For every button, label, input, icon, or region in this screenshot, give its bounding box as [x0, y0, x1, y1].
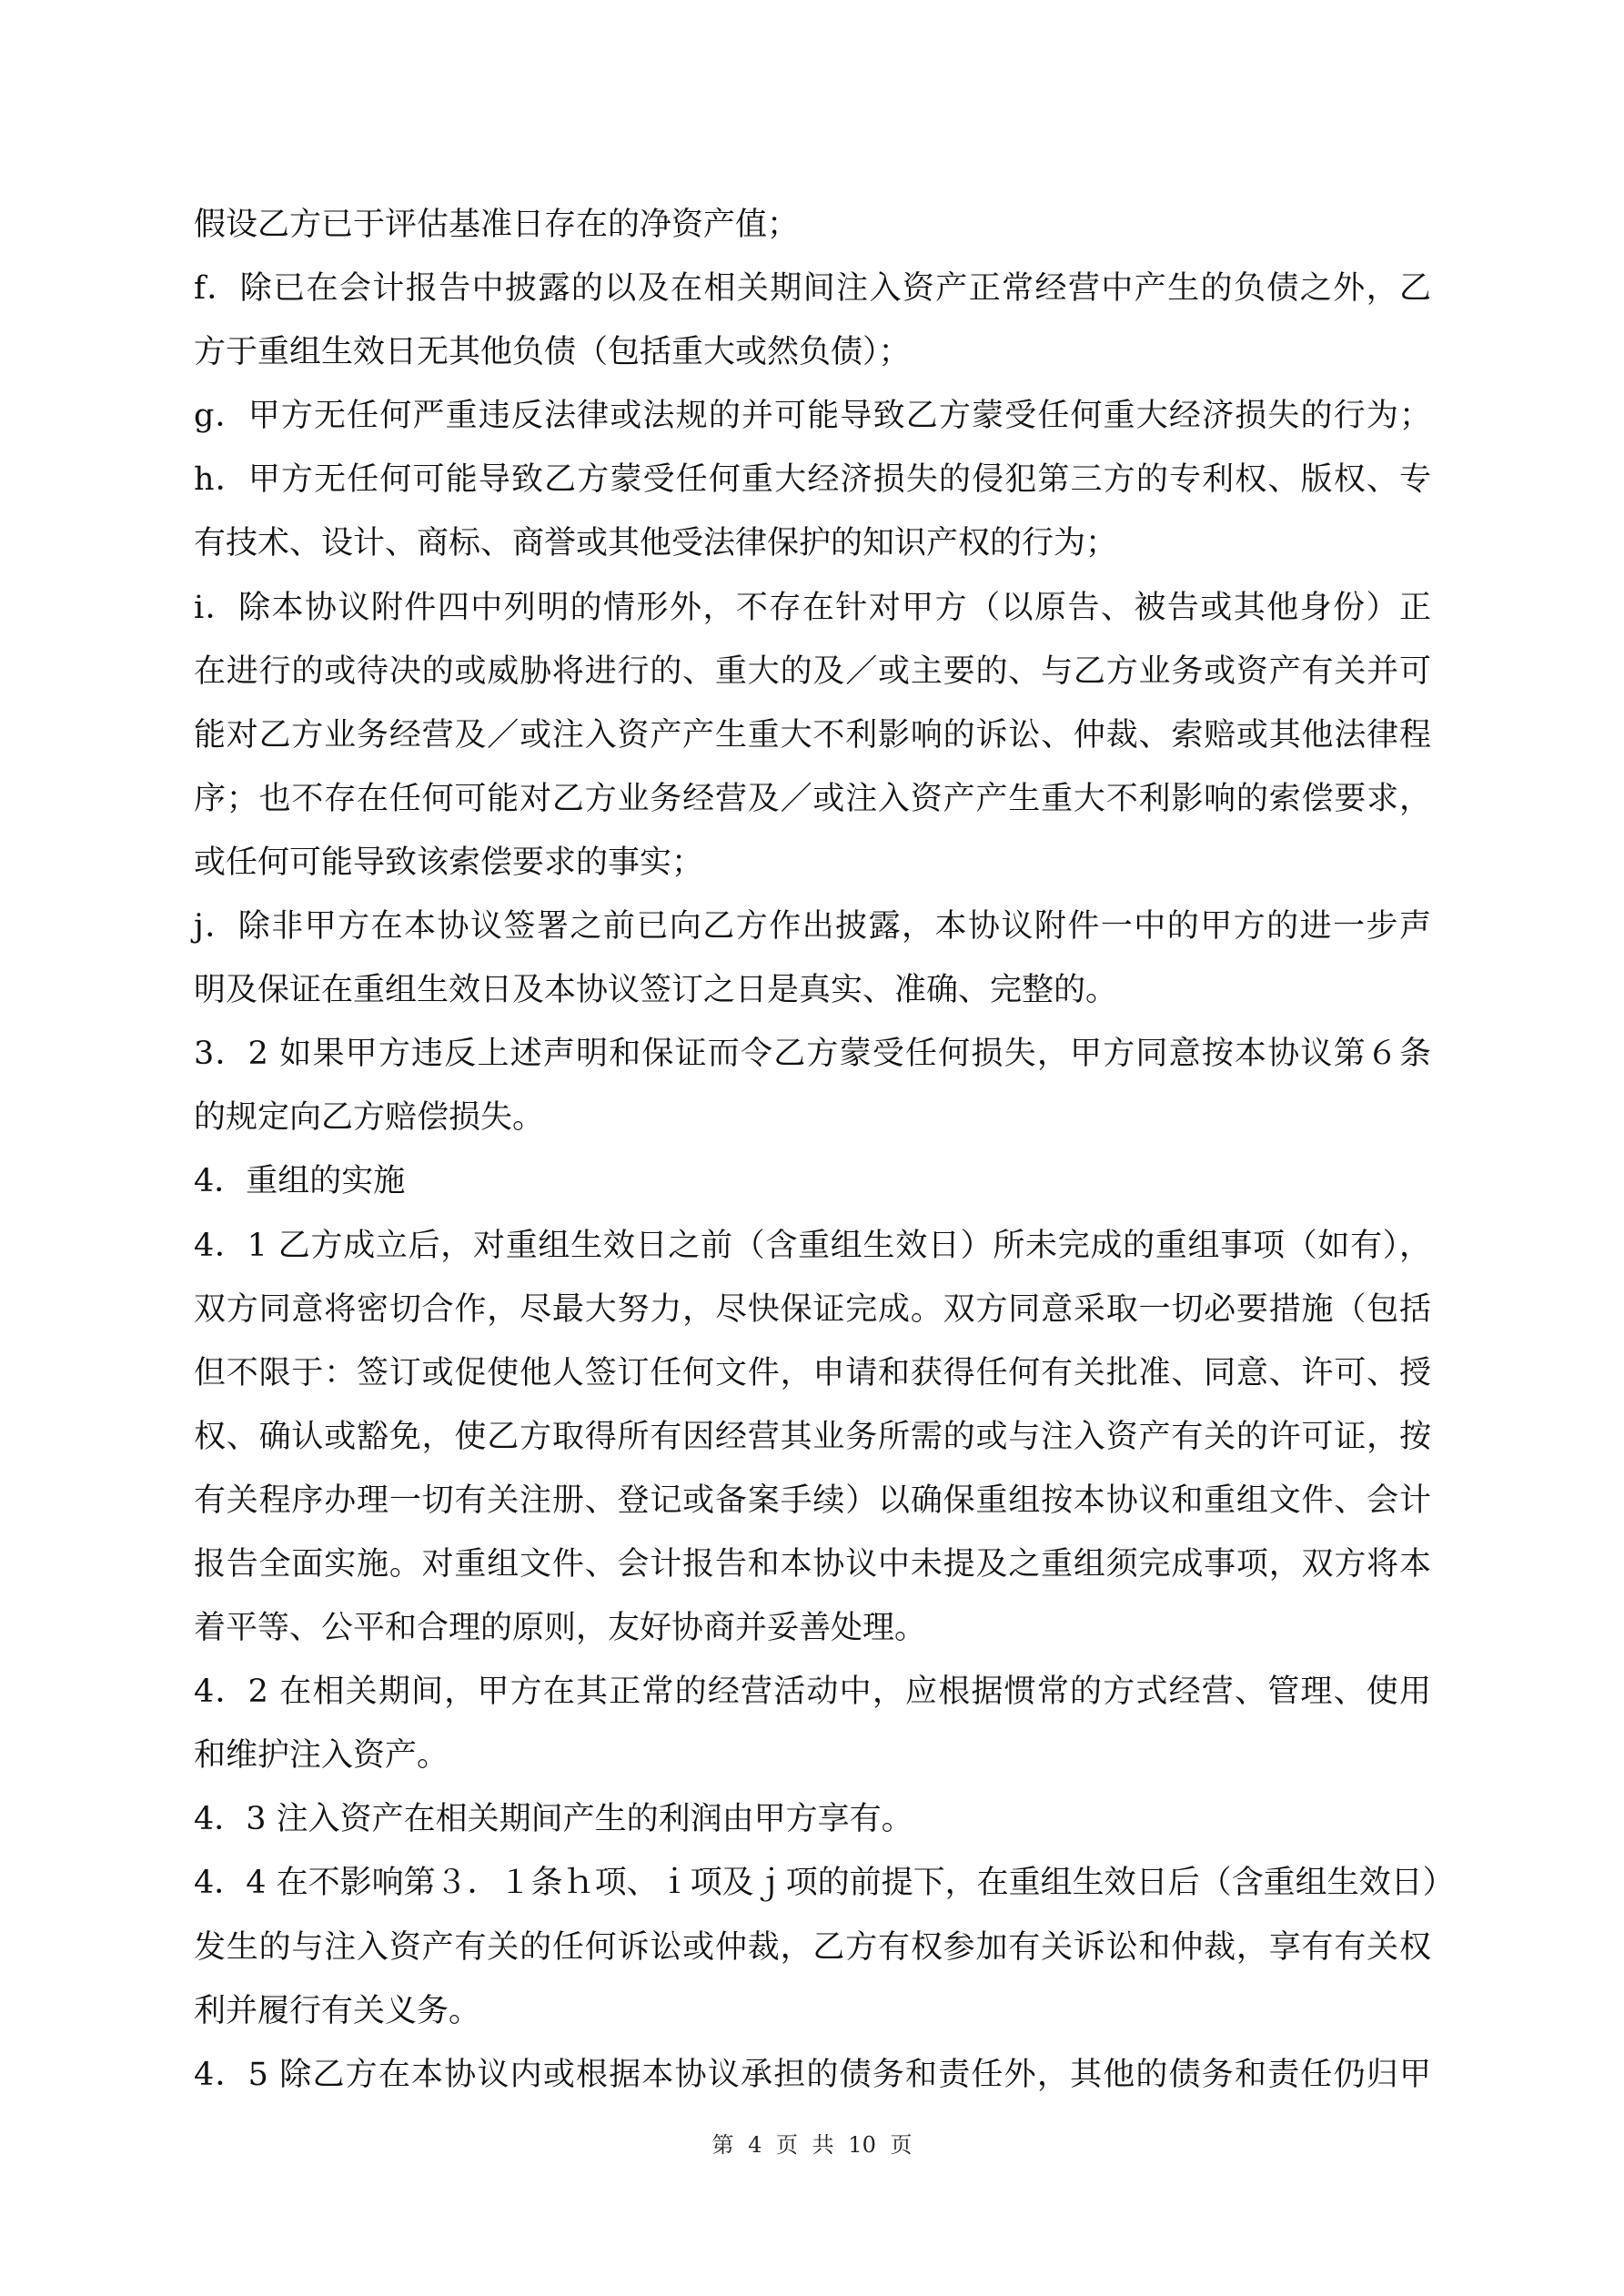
- text-line: 发生的与注入资产有关的任何诉讼或仲裁，乙方有权参加有关诉讼和仲裁，享有有关权: [194, 1916, 1431, 1979]
- text-line: 3．2 如果甲方违反上述声明和保证而令乙方蒙受任何损失，甲方同意按本协议第６条: [194, 1022, 1431, 1086]
- document-page: 假设乙方已于评估基准日存在的净资产值； f．除已在会计报告中披露的以及在相关期间…: [0, 0, 1624, 2296]
- text-line: 能对乙方业务经营及／或注入资产产生重大不利影响的诉讼、仲裁、索赔或其他法律程: [194, 703, 1431, 767]
- text-line: 的规定向乙方赔偿损失。: [194, 1086, 1431, 1149]
- text-line: 假设乙方已于评估基准日存在的净资产值；: [194, 193, 1431, 257]
- section-heading: 4．重组的实施: [194, 1149, 1431, 1213]
- text-line: 明及保证在重组生效日及本协议签订之日是真实、准确、完整的。: [194, 958, 1431, 1022]
- body-text: 假设乙方已于评估基准日存在的净资产值； f．除已在会计报告中披露的以及在相关期间…: [194, 193, 1431, 2107]
- text-line: 着平等、公平和合理的原则，友好协商并妥善处理。: [194, 1596, 1431, 1660]
- text-line: 方于重组生效日无其他负债（包括重大或然负债）；: [194, 320, 1431, 384]
- text-line: 有关程序办理一切有关注册、登记或备案手续）以确保重组按本协议和重组文件、会计: [194, 1469, 1431, 1532]
- text-line: 4．3 注入资产在相关期间产生的利润由甲方享有。: [194, 1787, 1431, 1851]
- text-line: 4．5 除乙方在本协议内或根据本协议承担的债务和责任外，其他的债务和责任仍归甲: [194, 2043, 1431, 2107]
- text-line: 权、确认或豁免，使乙方取得所有因经营其业务所需的或与注入资产有关的许可证，按: [194, 1405, 1431, 1469]
- text-line: 或任何可能导致该索偿要求的事实；: [194, 831, 1431, 895]
- text-line: 4．4 在不影响第３．１条ｈ项、ｉ项及ｊ项的前提下，在重组生效日后（含重组生效日…: [194, 1851, 1431, 1915]
- text-line: j．除非甲方在本协议签署之前已向乙方作出披露，本协议附件一中的甲方的进一步声: [194, 895, 1431, 958]
- text-line: 双方同意将密切合作，尽最大努力，尽快保证完成。双方同意采取一切必要措施（包括: [194, 1278, 1431, 1341]
- text-line: 4．2 在相关期间，甲方在其正常的经营活动中，应根据惯常的方式经营、管理、使用: [194, 1660, 1431, 1724]
- text-line: 序；也不存在任何可能对乙方业务经营及／或注入资产产生重大不利影响的索偿要求，: [194, 767, 1431, 831]
- text-line: h．甲方无任何可能导致乙方蒙受任何重大经济损失的侵犯第三方的专利权、版权、专: [194, 448, 1431, 511]
- text-line: 在进行的或待决的或威胁将进行的、重大的及／或主要的、与乙方业务或资产有关并可: [194, 640, 1431, 703]
- text-line: i．除本协议附件四中列明的情形外，不存在针对甲方（以原告、被告或其他身份）正: [194, 576, 1431, 640]
- text-line: f．除已在会计报告中披露的以及在相关期间注入资产正常经营中产生的负债之外，乙: [194, 257, 1431, 320]
- page-number-footer: 第 4 页 共 10 页: [0, 2129, 1624, 2160]
- text-line: 4．1 乙方成立后，对重组生效日之前（含重组生效日）所未完成的重组事项（如有），: [194, 1214, 1431, 1278]
- text-line: g．甲方无任何严重违反法律或法规的并可能导致乙方蒙受任何重大经济损失的行为；: [194, 384, 1431, 448]
- text-line: 和维护注入资产。: [194, 1724, 1431, 1787]
- text-line: 利并履行有关义务。: [194, 1979, 1431, 2043]
- text-line: 报告全面实施。对重组文件、会计报告和本协议中未提及之重组须完成事项，双方将本: [194, 1532, 1431, 1596]
- text-line: 但不限于：签订或促使他人签订任何文件，申请和获得任何有关批准、同意、许可、授: [194, 1341, 1431, 1405]
- text-line: 有技术、设计、商标、商誉或其他受法律保护的知识产权的行为；: [194, 511, 1431, 575]
